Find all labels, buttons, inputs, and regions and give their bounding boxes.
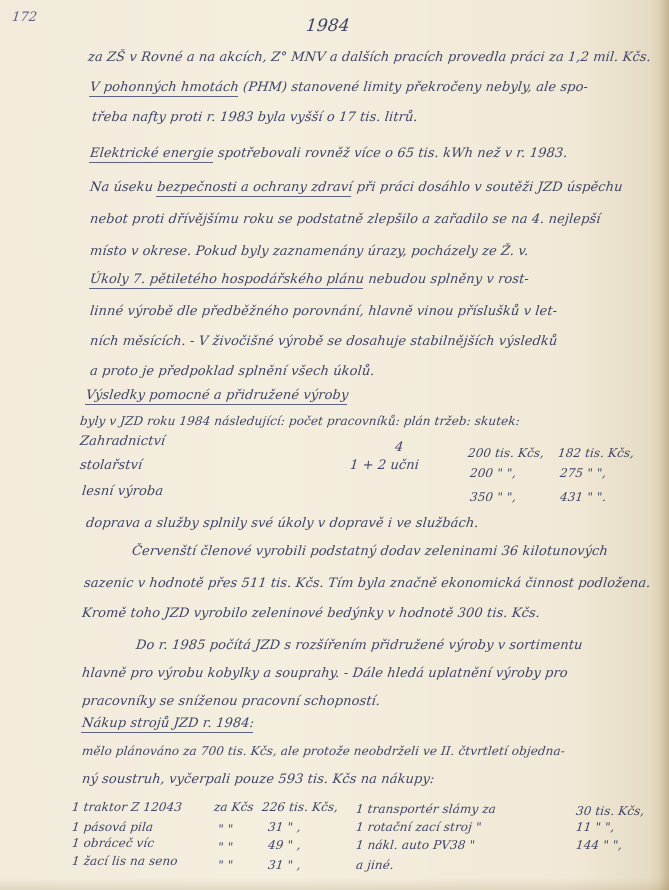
table-cell-actual: 182 tis. Kčs, — [557, 446, 635, 460]
purchase-item: 1 rotační zací stroj " — [355, 820, 482, 834]
text-line: Elektrické energie spotřebovali rovněž v… — [89, 146, 568, 161]
text-line: místo v okrese. Pokud byly zaznamenány ú… — [89, 244, 529, 259]
purchase-amount: 31 " , — [267, 858, 301, 872]
section-heading: Výsledky pomocné a přidružené výroby — [85, 388, 349, 405]
purchase-amount: 31 " , — [267, 820, 301, 834]
text-line: pracovníky se sníženou pracovní schopnos… — [81, 694, 381, 709]
text-line: Červenští členové vyrobili podstatný dod… — [131, 544, 608, 559]
chronicle-page: 172 1984 za ZŠ v Rovné a na akcích, Z° M… — [0, 0, 669, 890]
table-cell-workers: 1 + 2 učni — [349, 458, 420, 473]
purchase-sep: " " — [217, 840, 234, 854]
page-number: 172 — [11, 10, 38, 25]
purchase-item: 1 nákl. auto PV38 " — [355, 838, 476, 852]
purchase-amount: 144 " ", — [575, 838, 623, 852]
text-line: byly v JZD roku 1984 následující: počet … — [79, 414, 520, 428]
section-heading: Elektrické energie — [89, 146, 215, 163]
text-line: ný soustruh, vyčerpali pouze 593 tis. Kč… — [81, 772, 435, 787]
table-cell-plan: 350 " ", — [469, 490, 517, 504]
text-line: V pohonných hmotách (PHM) stanovené limi… — [89, 80, 589, 95]
table-cell-name: lesní výroba — [81, 484, 164, 499]
text-line: ních měsících. - V živočišné výrobě se d… — [89, 334, 558, 349]
text-line: Na úseku bezpečnosti a ochrany zdraví př… — [89, 180, 623, 195]
table-cell-actual: 431 " ". — [559, 490, 607, 504]
text-line: třeba nafty proti r. 1983 byla vyšší o 1… — [91, 110, 418, 125]
table-cell-actual: 275 " ", — [559, 466, 607, 480]
text-line: Úkoly 7. pětiletého hospodářského plánu … — [89, 272, 529, 287]
table-cell-workers: 4 — [394, 440, 404, 455]
table-cell-name: Zahradnictví — [79, 434, 166, 449]
purchase-sep: " " — [217, 822, 234, 836]
text-line: sazenic v hodnotě přes 511 tis. Kčs. Tím… — [83, 576, 651, 591]
purchase-amount: 30 tis. Kčs, — [575, 804, 645, 818]
purchase-item: 1 žací lis na seno — [71, 854, 178, 868]
text-line: doprava a služby splnily své úkoly v dop… — [85, 516, 479, 531]
text-line: nebot proti dřívějšímu roku se podstatně… — [89, 212, 601, 227]
purchase-sep: " " — [217, 858, 234, 872]
purchase-item: 1 obráceč víc — [71, 836, 155, 850]
purchase-sep: za Kčs — [213, 800, 254, 814]
section-heading: V pohonných hmotách — [89, 80, 240, 97]
text-line: Nákup strojů JZD r. 1984: — [81, 716, 255, 731]
text-line: hlavně pro výrobu kobylky a souprahy. - … — [81, 666, 568, 681]
text-line: a proto je předpoklad splnění všech úkol… — [89, 364, 375, 379]
table-cell-name: stolařství — [79, 458, 143, 473]
text-line: Kromě toho JZD vyrobilo zeleninové bedýn… — [81, 606, 541, 621]
text-line: za ZŠ v Rovné a na akcích, Z° MNV a dalš… — [87, 50, 651, 65]
purchase-amount: 226 tis. Kčs, — [261, 800, 339, 814]
table-cell-plan: 200 tis. Kčs, — [467, 446, 545, 460]
section-heading: bezpečnosti a ochrany zdraví — [156, 180, 353, 197]
section-heading: Nákup strojů JZD r. 1984: — [81, 716, 255, 733]
table-cell-plan: 200 " ", — [469, 466, 517, 480]
purchase-item: 1 pásová pila — [71, 820, 154, 834]
page-bottom-shadow — [0, 878, 669, 890]
purchase-item: a jiné. — [355, 858, 394, 872]
text-line: mělo plánováno za 700 tis. Kčs, ale prot… — [81, 744, 565, 758]
text-line: Do r. 1985 počítá JZD s rozšířením přidr… — [135, 638, 583, 653]
purchase-item: 1 transportér slámy za — [355, 802, 496, 816]
section-heading: Úkoly 7. pětiletého hospodářského plánu — [89, 272, 365, 289]
year-heading: 1984 — [305, 16, 351, 36]
text-line: linné výrobě dle předběžného porovnání, … — [89, 304, 558, 319]
text-line: Výsledky pomocné a přidružené výroby — [85, 388, 349, 403]
purchase-amount: 11 " ", — [575, 820, 615, 834]
purchase-amount: 49 " , — [267, 838, 301, 852]
page-edge-shadow — [659, 0, 669, 890]
purchase-item: 1 traktor Z 12043 — [71, 800, 183, 814]
